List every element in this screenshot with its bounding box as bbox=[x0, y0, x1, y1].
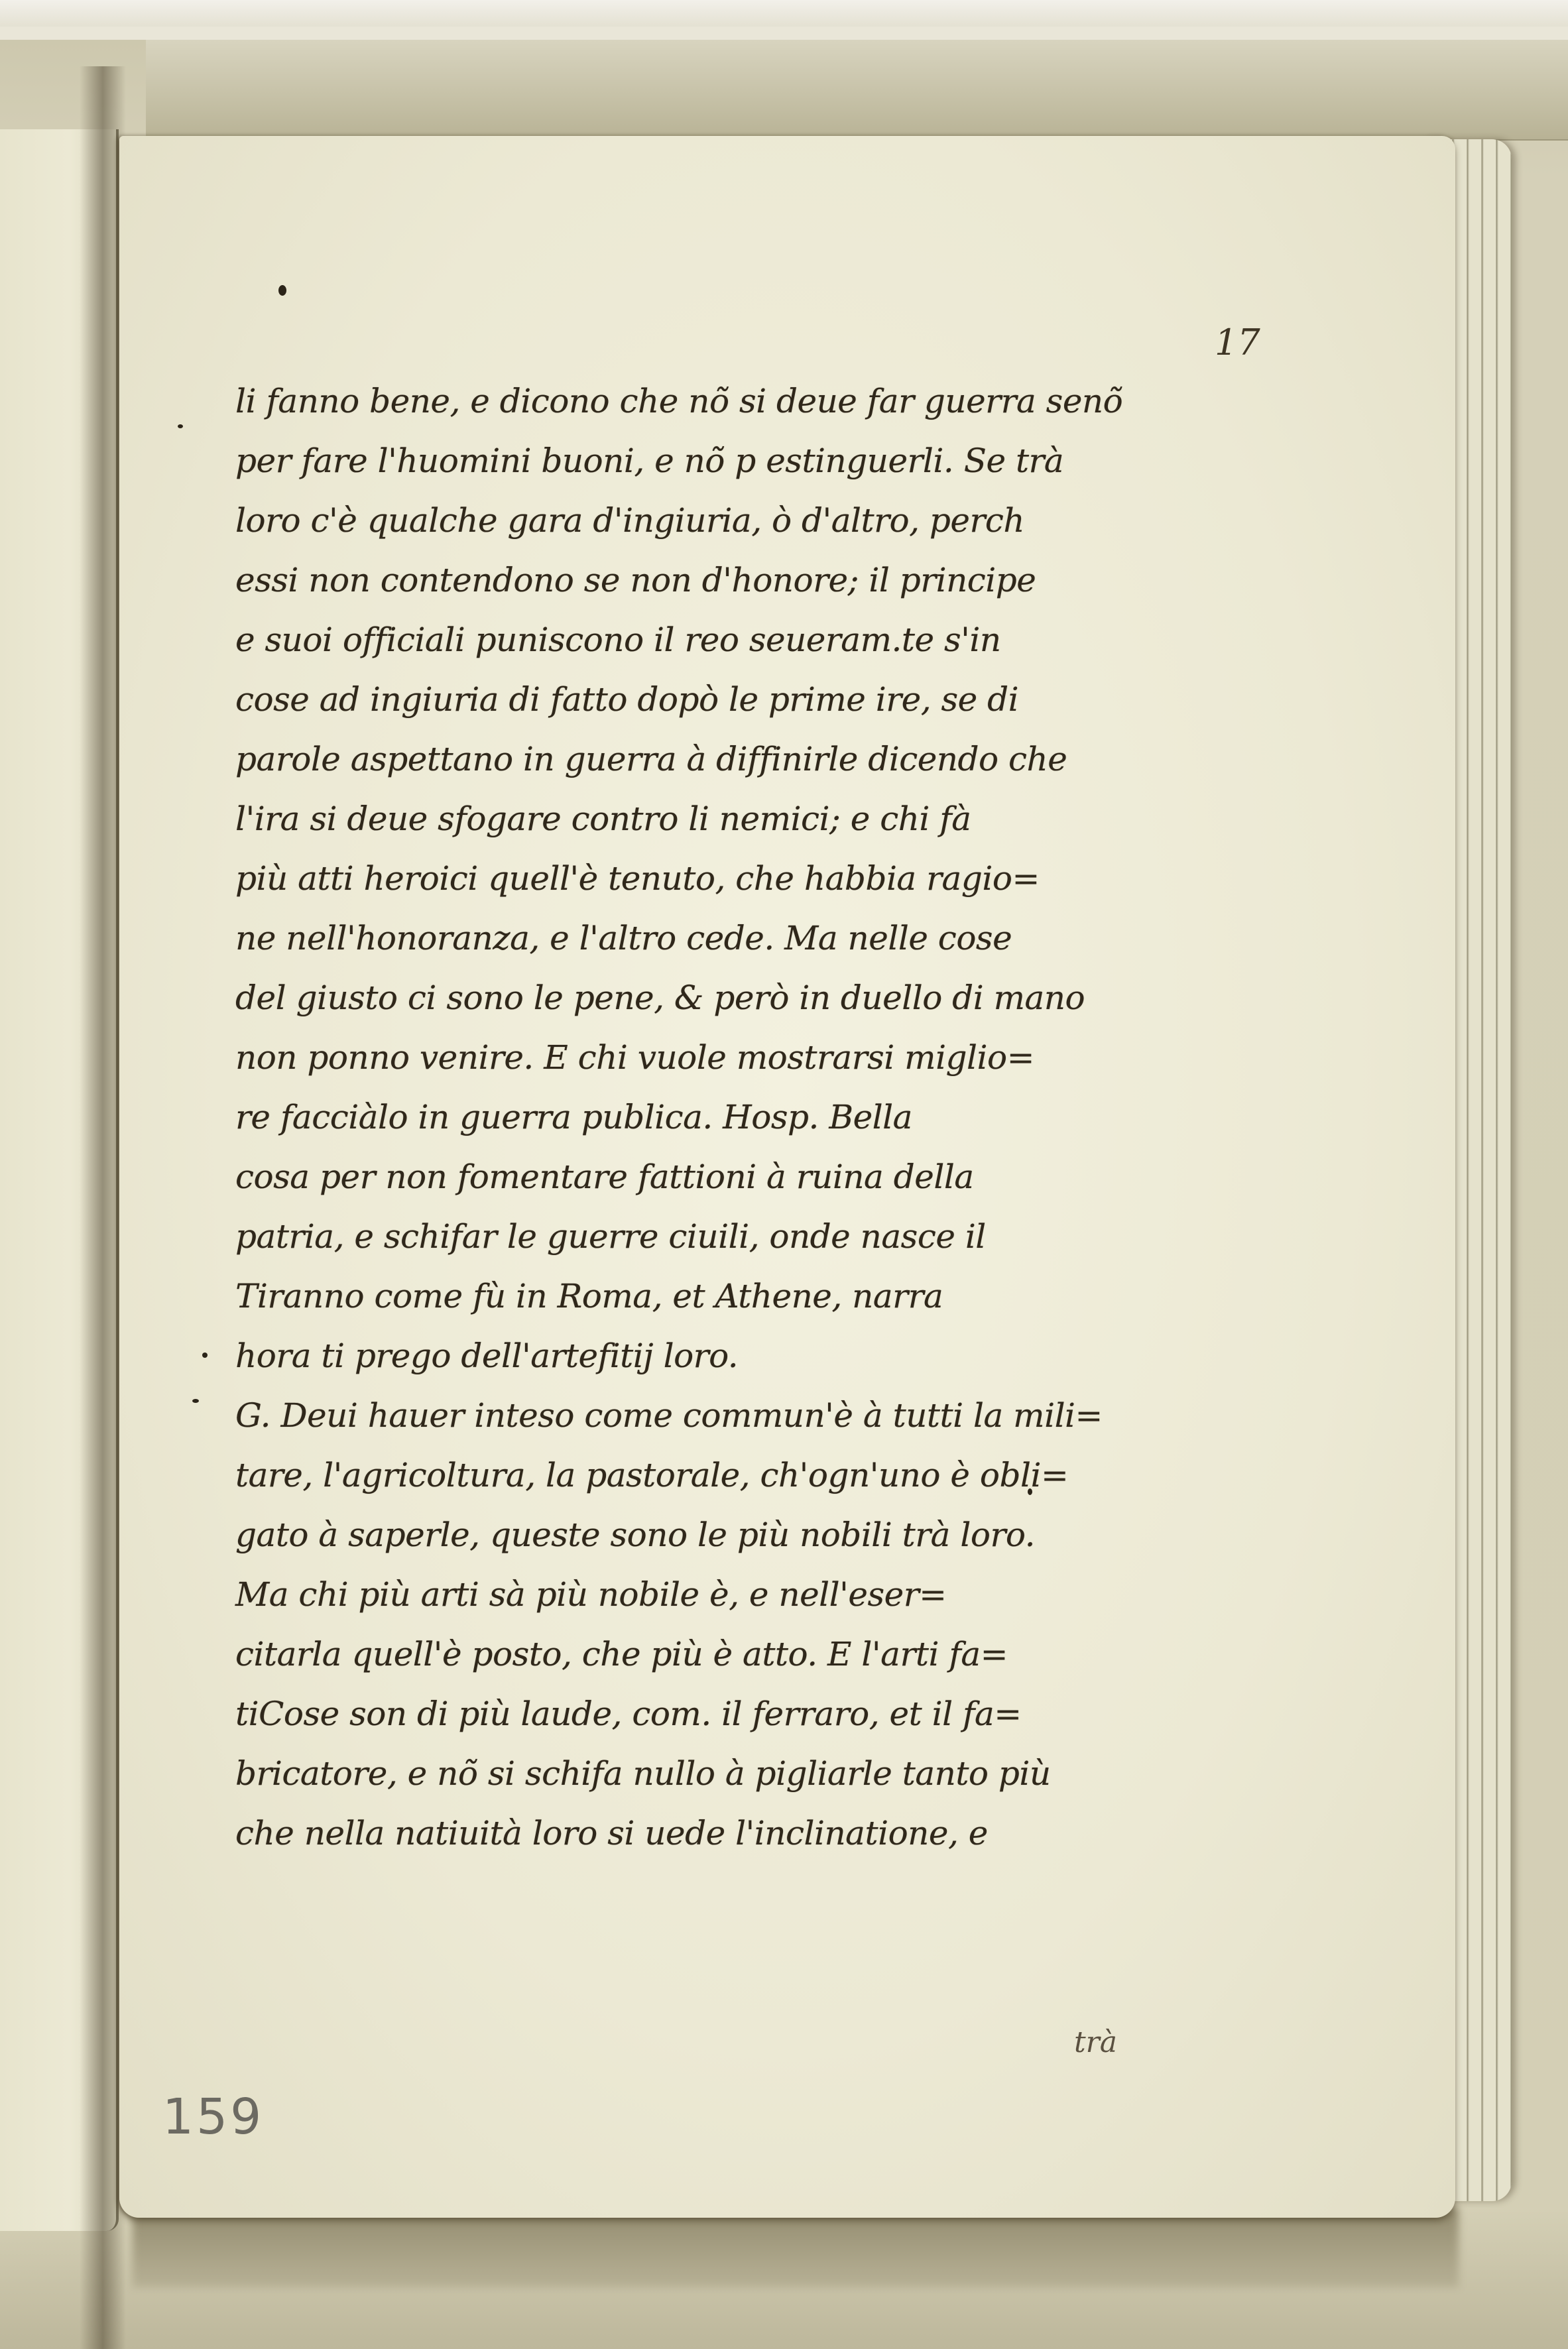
text-line: non ponno venire. E chi vuole mostrarsi … bbox=[235, 1028, 1276, 1087]
text-line: li fanno bene, e dicono che nõ si deue f… bbox=[235, 371, 1276, 431]
text-line: Tiranno come fù in Roma, et Athene, narr… bbox=[235, 1266, 1276, 1326]
text-line: più atti heroici quell'è tenuto, che hab… bbox=[235, 849, 1276, 908]
pencil-page-number: 159 bbox=[162, 2088, 264, 2145]
text-line: l'ira si deue sfogare contro li nemici; … bbox=[235, 789, 1276, 849]
text-line: essi non contendono se non d'honore; il … bbox=[235, 550, 1276, 610]
text-line: tare, l'agricoltura, la pastorale, ch'og… bbox=[235, 1445, 1276, 1505]
ink-speck bbox=[192, 1399, 199, 1403]
scan-backdrop bbox=[0, 0, 1568, 27]
text-line: Ma chi più arti sà più nobile è, e nell'… bbox=[235, 1565, 1276, 1624]
text-line: e suoi officiali puniscono il reo seuera… bbox=[235, 610, 1276, 670]
catchword: trà bbox=[1074, 2025, 1117, 2059]
text-line: ne nell'honoranza, e l'altro cede. Ma ne… bbox=[235, 908, 1276, 968]
text-line: citarla quell'è posto, che più è atto. E… bbox=[235, 1624, 1276, 1684]
ink-speck bbox=[278, 285, 286, 296]
text-line: parole aspettano in guerra à diffinirle … bbox=[235, 729, 1276, 789]
text-line: G. Deui hauer inteso come commun'è à tut… bbox=[235, 1386, 1276, 1445]
text-line: bricatore, e nõ si schifa nullo à piglia… bbox=[235, 1744, 1276, 1803]
text-line: tiCose son di più laude, com. il ferraro… bbox=[235, 1684, 1276, 1744]
cover-top-edge bbox=[146, 40, 1568, 141]
text-line: che nella natiuità loro si uede l'inclin… bbox=[235, 1803, 1276, 1863]
text-line: cosa per non fomentare fattioni à ruina … bbox=[235, 1147, 1276, 1207]
folio-number: 17 bbox=[1215, 322, 1260, 363]
text-line: hora ti prego dell'artefitij loro. bbox=[235, 1326, 1276, 1386]
text-line: per fare l'huomini buoni, e nõ p estingu… bbox=[235, 431, 1276, 491]
water-stain bbox=[133, 2208, 1459, 2287]
text-line: re facciàlo in guerra publica. Hosp. Bel… bbox=[235, 1087, 1276, 1147]
text-line: gato à saperle, queste sono le più nobil… bbox=[235, 1505, 1276, 1565]
text-line: del giusto ci sono le pene, & però in du… bbox=[235, 968, 1276, 1028]
manuscript-text: li fanno bene, e dicono che nõ si deue f… bbox=[235, 371, 1276, 1863]
text-line: cose ad ingiuria di fatto dopò le prime … bbox=[235, 670, 1276, 729]
ink-speck bbox=[178, 424, 183, 428]
ink-speck bbox=[202, 1353, 208, 1358]
text-line: loro c'è qualche gara d'ingiuria, ò d'al… bbox=[235, 491, 1276, 550]
text-line: patria, e schifar le guerre ciuili, onde… bbox=[235, 1207, 1276, 1266]
